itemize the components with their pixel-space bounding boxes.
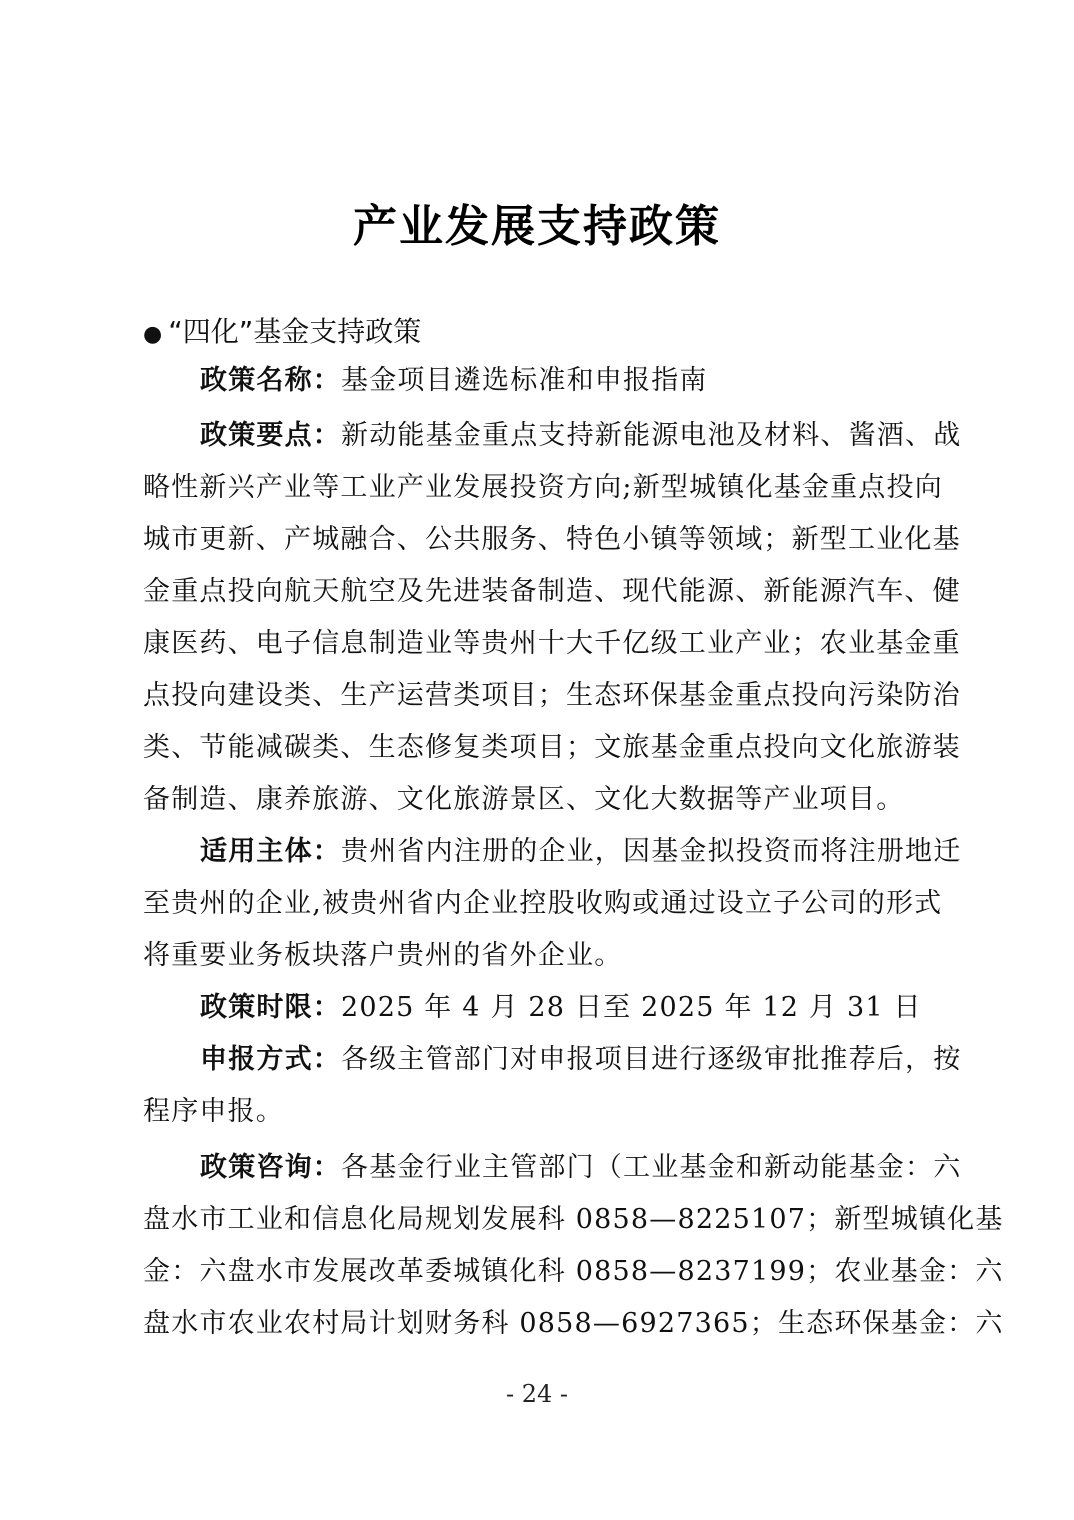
applicable-subjects-line: 适用主体：贵州省内注册的企业，因基金拟投资而将注册地迁 (200, 834, 943, 870)
policy-name: 政策名称：基金项目遴选标准和申报指南 (200, 363, 943, 399)
page-title: 产业发展支持政策 (0, 190, 1074, 254)
application-method-line: 程序申报。 (143, 1094, 943, 1130)
text-line: 各基金行业主管部门（工业基金和新动能基金：六 (341, 1152, 961, 1183)
policy-points-line: 政策要点：新动能基金重点支持新能源电池及材料、酱酒、战 (200, 418, 943, 454)
policy-points-line: 略性新兴产业等工业产业发展投资方向;新型城镇化基金重点投向 (143, 470, 943, 506)
policy-points-line: 康医药、电子信息制造业等贵州十大千亿级工业产业；农业基金重 (143, 626, 943, 662)
page-number: - 24 - (0, 1380, 1074, 1408)
applicable-subjects-line: 将重要业务板块落户贵州的省外企业。 (143, 938, 943, 974)
text-line: 新动能基金重点支持新能源电池及材料、酱酒、战 (341, 420, 961, 451)
policy-period: 政策时限：2025 年 4 月 28 日至 2025 年 12 月 31 日 (200, 990, 943, 1026)
policy-points-line: 点投向建设类、生产运营类项目；生态环保基金重点投向污染防治 (143, 678, 943, 714)
policy-consultation-line: 盘水市农业农村局计划财务科 0858—6927365；生态环保基金：六 (143, 1306, 943, 1342)
policy-points-line: 类、节能减碳类、生态修复类项目；文旅基金重点投向文化旅游装 (143, 730, 943, 766)
policy-consultation-line: 政策咨询：各基金行业主管部门（工业基金和新动能基金：六 (200, 1150, 943, 1186)
section-heading: ●“四化”基金支持政策 (143, 310, 421, 350)
policy-name-label: 政策名称： (200, 365, 341, 396)
applicable-subjects-line: 至贵州的企业,被贵州省内企业控股收购或通过设立子公司的形式 (143, 886, 943, 922)
policy-points-line: 备制造、康养旅游、文化旅游景区、文化大数据等产业项目。 (143, 782, 943, 818)
applicable-subjects-label: 适用主体： (200, 836, 341, 867)
text-line: 各级主管部门对申报项目进行逐级审批推荐后，按 (341, 1044, 961, 1075)
application-method-label: 申报方式： (200, 1044, 341, 1075)
application-method-line: 申报方式：各级主管部门对申报项目进行逐级审批推荐后，按 (200, 1042, 943, 1078)
text-line: 贵州省内注册的企业，因基金拟投资而将注册地迁 (341, 836, 961, 867)
policy-consultation-line: 盘水市工业和信息化局规划发展科 0858—8225107；新型城镇化基 (143, 1202, 943, 1238)
policy-period-value: 2025 年 4 月 28 日至 2025 年 12 月 31 日 (341, 992, 922, 1023)
section-heading-text: “四化”基金支持政策 (168, 315, 421, 348)
bullet-icon: ● (143, 322, 162, 347)
policy-name-value: 基金项目遴选标准和申报指南 (341, 365, 708, 396)
policy-points-line: 金重点投向航天航空及先进装备制造、现代能源、新能源汽车、健 (143, 574, 943, 610)
policy-consultation-line: 金：六盘水市发展改革委城镇化科 0858—8237199；农业基金：六 (143, 1254, 943, 1290)
policy-consultation-label: 政策咨询： (200, 1152, 341, 1183)
policy-points-line: 城市更新、产城融合、公共服务、特色小镇等领域；新型工业化基 (143, 522, 943, 558)
policy-period-label: 政策时限： (200, 992, 341, 1023)
policy-points-label: 政策要点： (200, 420, 341, 451)
